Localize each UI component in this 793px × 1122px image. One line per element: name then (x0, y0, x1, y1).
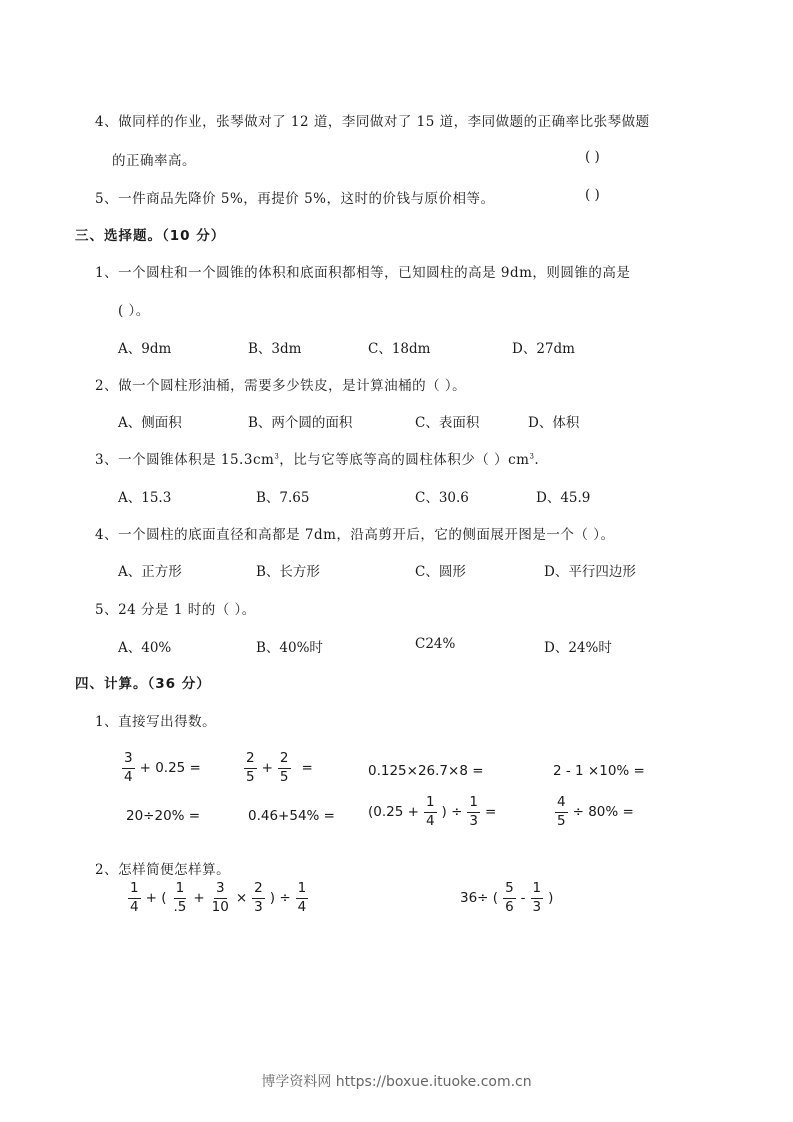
choice-q3-text-mid: ，比与它等底等高的圆柱体积少（ ）cm (279, 452, 529, 468)
choice-q3-text-post: . (534, 452, 539, 468)
simplify-expr-1: 14 + ( 1.5 + 310 × 23 ) ÷ 14 (126, 882, 310, 914)
choice-q5-option-b[interactable]: B、40%时 (256, 636, 323, 656)
choice-q5-option-c[interactable]: C24% (415, 636, 455, 652)
choice-q1-option-c[interactable]: C、18dm (368, 337, 430, 357)
choice-q2-option-a[interactable]: A、侧面积 (118, 411, 182, 431)
choice-q3-line1: 3、一个圆锥体积是 15.3cm3，比与它等底等高的圆柱体积少（ ）cm3. (95, 448, 539, 468)
calc-sub1-title: 1、直接写出得数。 (95, 710, 216, 730)
calc-expr-r2-3: (0.25 + 14 ) ÷ 13 = (368, 796, 496, 828)
fraction: 13 (531, 882, 544, 914)
fraction: 34 (122, 752, 135, 784)
judge-q4-answer-paren[interactable]: ( ) (585, 149, 600, 165)
fraction: 14 (424, 796, 437, 828)
choice-q3-option-a[interactable]: A、15.3 (118, 486, 171, 506)
choice-q2-option-d[interactable]: D、体积 (528, 411, 579, 431)
choice-q2-line1: 2、做一个圆柱形油桶，需要多少铁皮，是计算油桶的（ ）。 (95, 374, 466, 394)
fraction: 310 (210, 882, 231, 914)
fraction: 14 (296, 882, 309, 914)
choice-q2-option-b[interactable]: B、两个圆的面积 (248, 411, 352, 431)
choice-q4-option-b[interactable]: B、长方形 (256, 560, 320, 580)
choice-q1-option-d[interactable]: D、27dm (512, 337, 575, 357)
footer-watermark: 博学资料网 https://boxue.ituoke.com.cn (0, 1071, 793, 1091)
calc-expr-r2-2: 0.46+54% = (248, 808, 335, 824)
calc-expr-r2-1: 20÷20% = (126, 808, 200, 824)
choice-q5-option-a[interactable]: A、40% (118, 636, 171, 656)
choice-q3-option-d[interactable]: D、45.9 (536, 486, 590, 506)
choice-q5-line1: 5、24 分是 1 时的（ ）。 (95, 598, 256, 618)
choice-q1-line1: 1、一个圆柱和一个圆锥的体积和底面积都相等，已知圆柱的高是 9dm，则圆锥的高是 (95, 261, 630, 281)
fraction: 25 (278, 752, 291, 784)
choice-q5-option-d[interactable]: D、24%时 (544, 636, 612, 656)
choice-q1-option-b[interactable]: B、3dm (248, 337, 301, 357)
choice-q4-option-d[interactable]: D、平行四边形 (544, 560, 636, 580)
fraction: 25 (244, 752, 257, 784)
calc-expr-r1-2: 25 + 25 = (242, 752, 313, 784)
fraction: 13 (467, 796, 480, 828)
choice-q4-line1: 4、一个圆柱的底面直径和高都是 7dm，沿高剪开后，它的侧面展开图是一个（ ）。 (95, 523, 614, 543)
calc-expr-r1-4: 2 - 1 ×10% = (553, 763, 645, 779)
calc-expr-r1-1: 34 + 0.25 = (120, 752, 201, 784)
fraction: 23 (252, 882, 265, 914)
choice-q4-option-c[interactable]: C、圆形 (415, 560, 466, 580)
judge-q4-line2: 的正确率高。 (112, 149, 196, 169)
section4-title: 四、计算。（36 分） (75, 672, 211, 692)
choice-q1-option-a[interactable]: A、9dm (118, 337, 171, 357)
judge-q4-line1: 4、做同样的作业，张琴做对了 12 道，李同做对了 15 道，李同做题的正确率比… (95, 110, 650, 130)
fraction: 14 (128, 882, 141, 914)
fraction: 1.5 (171, 882, 188, 914)
choice-q2-option-c[interactable]: C、表面积 (415, 411, 479, 431)
calc-expr-r2-4: 45 ÷ 80% = (553, 796, 634, 828)
choice-q3-text-pre: 3、一个圆锥体积是 15.3cm (95, 452, 274, 468)
calc-sub2-title: 2、怎样简便怎样算。 (95, 858, 230, 878)
choice-q1-line2: ( ）。 (118, 299, 150, 319)
judge-q5-answer-paren[interactable]: ( ) (585, 187, 600, 203)
choice-q3-option-b[interactable]: B、7.65 (256, 486, 309, 506)
fraction: 56 (503, 882, 516, 914)
choice-q3-option-c[interactable]: C、30.6 (415, 486, 469, 506)
choice-q4-option-a[interactable]: A、正方形 (118, 560, 182, 580)
section3-title: 三、选择题。（10 分） (75, 224, 225, 244)
calc-expr-r1-3: 0.125×26.7×8 = (368, 763, 484, 779)
fraction: 45 (555, 796, 568, 828)
simplify-expr-2: 36÷ ( 56 - 13 ) (460, 882, 553, 914)
judge-q5: 5、一件商品先降价 5%，再提价 5%，这时的价钱与原价相等。 (95, 187, 495, 207)
